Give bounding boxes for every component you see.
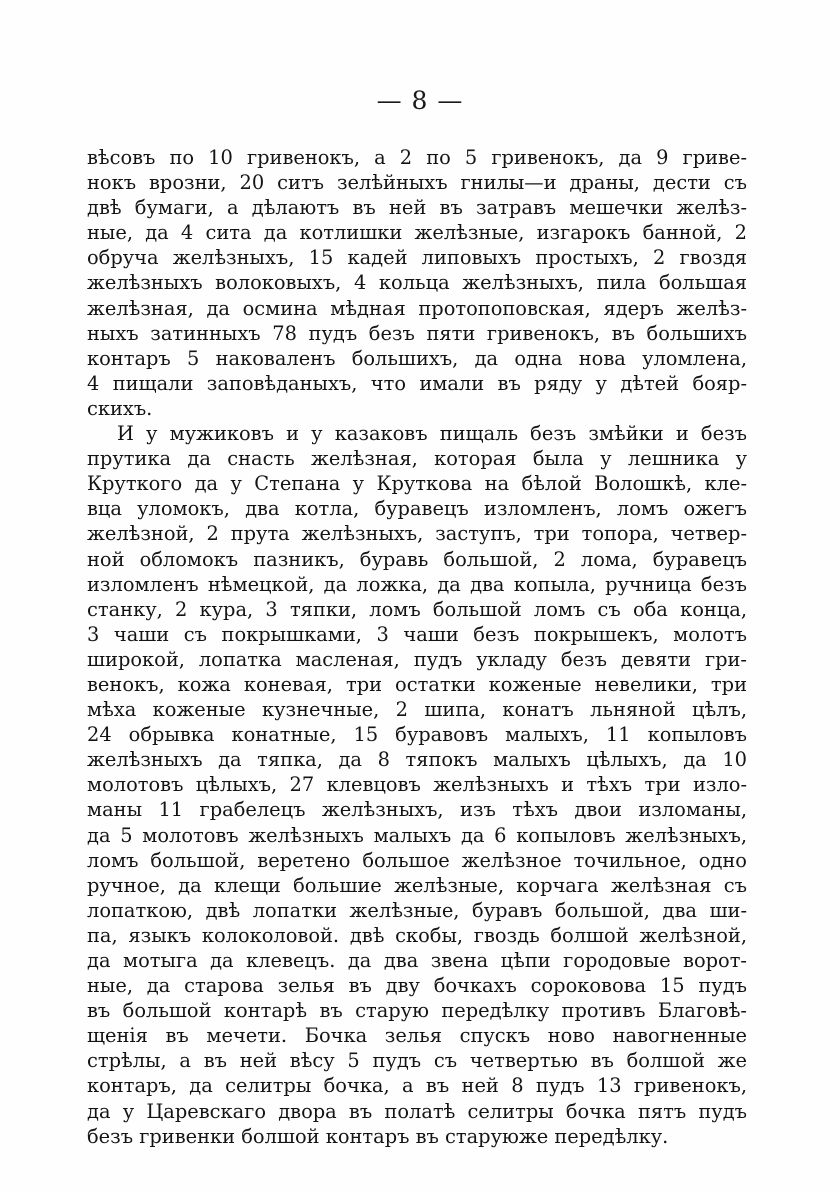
- text-line: прутика да снасть желѣзная, которая была…: [87, 446, 747, 471]
- text-line: Круткого да у Степана у Круткова на бѣло…: [87, 471, 747, 496]
- text-line: контаръ 5 наковаленъ большихъ, да одна н…: [87, 346, 747, 371]
- text-line: широкой, лопатка масленая, пудъ укладу б…: [87, 647, 747, 672]
- text-line: лопаткою, двѣ лопатки желѣзные, буравъ б…: [87, 898, 747, 923]
- text-line: щенія въ мечети. Бочка зелья спускъ ново…: [87, 1023, 747, 1048]
- text-line: И у мужиковъ и у казаковъ пищаль безъ зм…: [87, 421, 747, 446]
- text-line: станку, 2 кура, 3 тяпки, ломъ большой ло…: [87, 597, 747, 622]
- text-line: безъ гривенки болшой контаръ въ старуюже…: [87, 1124, 747, 1149]
- text-line: молотовъ цѣлыхъ, 27 клевцовъ желѣзныхъ и…: [87, 772, 747, 797]
- paragraph-2: И у мужиковъ и у казаковъ пищаль безъ зм…: [87, 421, 747, 1149]
- text-line: ные, да 4 сита да котлишки желѣзные, изг…: [87, 220, 747, 245]
- page-number: — 8 —: [0, 86, 840, 115]
- text-line: желѣзной, 2 прута желѣзныхъ, заступъ, тр…: [87, 521, 747, 546]
- text-line: желѣзная, да осмина мѣдная протопоповска…: [87, 296, 747, 321]
- text-line: да у Царевскаго двора въ полатѣ селитры …: [87, 1099, 747, 1124]
- document-page: — 8 — вѣсовъ по 10 гривенокъ, а 2 по 5 г…: [0, 0, 840, 1191]
- body-text: вѣсовъ по 10 гривенокъ, а 2 по 5 гривено…: [87, 145, 747, 1149]
- text-line: скихъ.: [87, 396, 747, 421]
- text-line: стрѣлы, а въ ней вѣсу 5 пудъ съ четверть…: [87, 1048, 747, 1073]
- text-line: контаръ, да селитры бочка, а въ ней 8 пу…: [87, 1073, 747, 1098]
- text-line: ные, да старова зелья въ дву бочкахъ сор…: [87, 973, 747, 998]
- text-line: желѣзныхъ да тяпка, да 8 тяпокъ малыхъ ц…: [87, 747, 747, 772]
- text-line: мѣха коженые кузнечные, 2 шипа, конатъ л…: [87, 697, 747, 722]
- text-line: 3 чаши съ покрышками, 3 чаши безъ покрыш…: [87, 622, 747, 647]
- text-line: ной обломокъ пазникъ, буравь большой, 2 …: [87, 547, 747, 572]
- text-line: да мотыга да клевецъ. да два звена цѣпи …: [87, 948, 747, 973]
- paragraph-1: вѣсовъ по 10 гривенокъ, а 2 по 5 гривено…: [87, 145, 747, 421]
- text-line: желѣзныхъ волоковыхъ, 4 кольца желѣзныхъ…: [87, 270, 747, 295]
- text-line: вца уломокъ, два котла, буравецъ изломле…: [87, 496, 747, 521]
- text-line: 24 обрывка конатные, 15 буравовъ малыхъ,…: [87, 722, 747, 747]
- text-line: ныхъ затинныхъ 78 пудъ безъ пяти гривено…: [87, 321, 747, 346]
- text-line: ломъ большой, веретено большое желѣзное …: [87, 848, 747, 873]
- text-line: па, языкъ колоколовой. двѣ скобы, гвоздь…: [87, 923, 747, 948]
- text-line: въ большой контарѣ въ старую передѣлку п…: [87, 998, 747, 1023]
- text-line: ручное, да клещи большие желѣзные, корча…: [87, 873, 747, 898]
- text-line: двѣ бумаги, а дѣлаютъ въ ней въ затравъ …: [87, 195, 747, 220]
- text-line: 4 пищали заповѣданыхъ, что имали въ ряду…: [87, 371, 747, 396]
- text-line: обруча желѣзныхъ, 15 кадей липовыхъ прос…: [87, 245, 747, 270]
- text-line: вѣсовъ по 10 гривенокъ, а 2 по 5 гривено…: [87, 145, 747, 170]
- text-line: венокъ, кожа коневая, три остатки кожены…: [87, 672, 747, 697]
- text-line: нокъ врозни, 20 ситъ зелѣйныхъ гнилы—и д…: [87, 170, 747, 195]
- text-line: изломленъ нѣмецкой, да ложка, да два коп…: [87, 572, 747, 597]
- text-line: да 5 молотовъ желѣзныхъ малыхъ да 6 копы…: [87, 823, 747, 848]
- text-line: маны 11 грабелецъ желѣзныхъ, изъ тѣхъ дв…: [87, 797, 747, 822]
